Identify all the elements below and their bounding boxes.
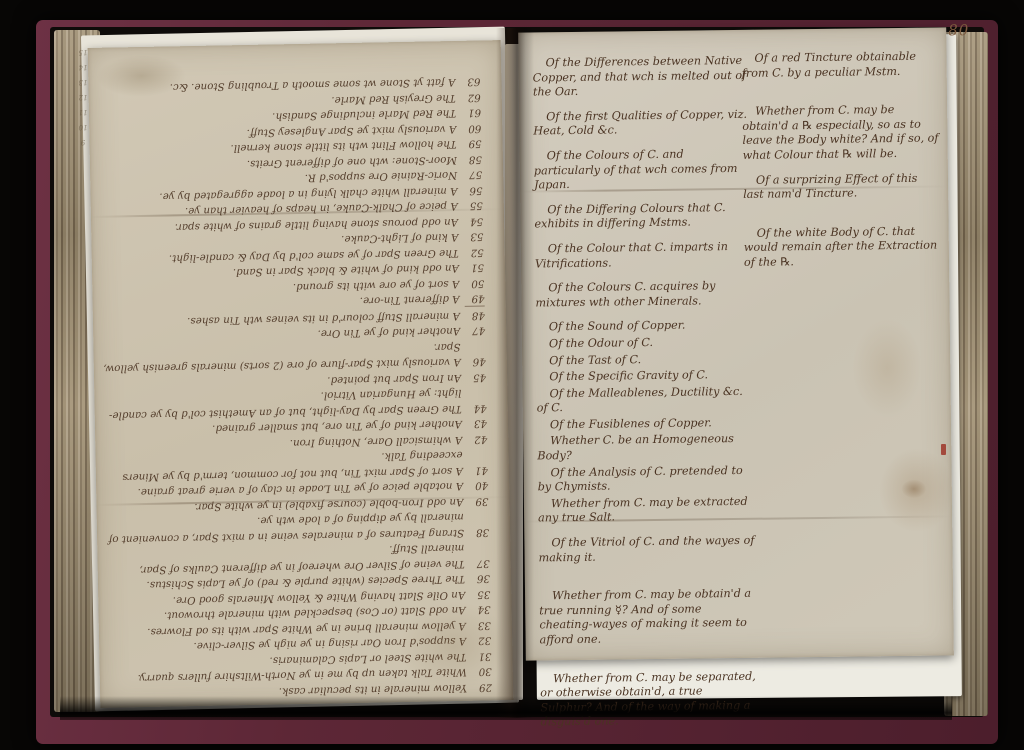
item-number: 36 — [470, 570, 490, 586]
title-item: Of the Fusiblenes of Copper. — [537, 416, 754, 433]
item-number: 58 — [462, 151, 482, 167]
title-item: Of the Analysis of C. pretended to by Ch… — [537, 463, 754, 495]
item-number: 62 — [461, 89, 481, 105]
item-number: 46 — [465, 338, 486, 369]
edge-number: 10 — [76, 123, 90, 131]
right-manuscript-page: 80 Of the Differences between Native Cop… — [518, 27, 954, 660]
item-number: 40 — [468, 477, 488, 493]
title-item: Of the Colours of C. and particularly of… — [534, 147, 752, 193]
title-item: Of the Odour of C. — [536, 335, 753, 352]
title-item: Of the Colours C. acquires by mixtures w… — [535, 279, 752, 311]
titles-column-right: Of a red Tincture obtainable from C. by … — [741, 50, 940, 271]
item-number: 41 — [467, 446, 488, 477]
item-number: 42 — [467, 431, 487, 447]
title-item: Of a red Tincture obtainable from C. by … — [741, 50, 937, 82]
item-number: 43 — [467, 415, 487, 431]
item-number: 54 — [463, 213, 483, 229]
item-number: 47 — [465, 322, 485, 338]
item-number: 48 — [465, 306, 485, 323]
folio-number: 80 — [948, 21, 969, 39]
title-item: Whether from C. may be obtain'd a true r… — [539, 587, 757, 648]
paper-stain — [852, 318, 923, 419]
item-number: 56 — [462, 182, 482, 198]
item-number: 63 — [460, 73, 480, 89]
title-item: Of the Specific Gravity of C. — [536, 368, 753, 385]
title-item: Of the Vitriol of C. and the wayes of ma… — [538, 534, 755, 566]
item-number: 57 — [462, 166, 482, 182]
title-item: Of the white Body of C. that would remai… — [744, 224, 941, 270]
item-number: 45 — [466, 369, 486, 385]
edge-number: 9 — [76, 138, 90, 146]
item-number: 53 — [463, 228, 483, 244]
edge-number: 14 — [76, 63, 90, 71]
title-item: Of the Malleablenes, Ductility &c. of C. — [537, 384, 754, 416]
title-item: Of the Tast of C. — [536, 351, 753, 368]
photo-stage: 29 Yellow minerale in its peculiar cask.… — [0, 0, 1024, 750]
inverted-list: 29 Yellow minerale in its peculiar cask.… — [94, 46, 492, 701]
left-manuscript-page: 29 Yellow minerale in its peculiar cask.… — [88, 40, 514, 708]
item-number: 59 — [461, 135, 481, 151]
title-item: Of the Sound of Copper. — [536, 318, 753, 335]
item-number: 49 — [464, 290, 484, 306]
gutter-shadow — [496, 28, 534, 718]
edge-number: 11 — [76, 108, 90, 116]
paper-stain — [398, 600, 510, 692]
item-number: 39 — [468, 493, 488, 509]
title-item: Of the Colour that C. imparts in Vitrifi… — [535, 240, 752, 272]
item-number: 60 — [461, 120, 481, 136]
item-number: 61 — [461, 104, 481, 120]
edge-number: 15 — [76, 48, 90, 56]
titles-column-left: Of the Differences between Native Copper… — [532, 54, 757, 731]
bottom-page-shadow — [60, 696, 952, 720]
title-item: Whether C. be an Homogeneous Body? — [537, 432, 754, 464]
under-leaf-numbers: 9101112131415 — [76, 48, 90, 146]
item-number: 38 — [469, 508, 490, 539]
title-item: Of the Differences between Native Copper… — [532, 54, 750, 100]
item-number: 50 — [464, 275, 484, 291]
item-number: 37 — [469, 539, 490, 570]
title-item: Of the first Qualities of Copper, viz. H… — [533, 108, 750, 140]
red-edge-mark — [941, 444, 946, 455]
edge-number: 12 — [76, 93, 90, 101]
item-number: 44 — [466, 384, 487, 415]
item-number: 52 — [464, 244, 484, 260]
edge-number: 13 — [76, 78, 90, 86]
item-number: 55 — [463, 197, 483, 213]
item-number: 35 — [470, 586, 490, 602]
title-item: Of the Differing Colours that C. exhibit… — [534, 201, 751, 233]
item-number: 51 — [464, 259, 484, 275]
title-item: Whether from C. may be obtain'd a ℞ espe… — [742, 103, 939, 164]
